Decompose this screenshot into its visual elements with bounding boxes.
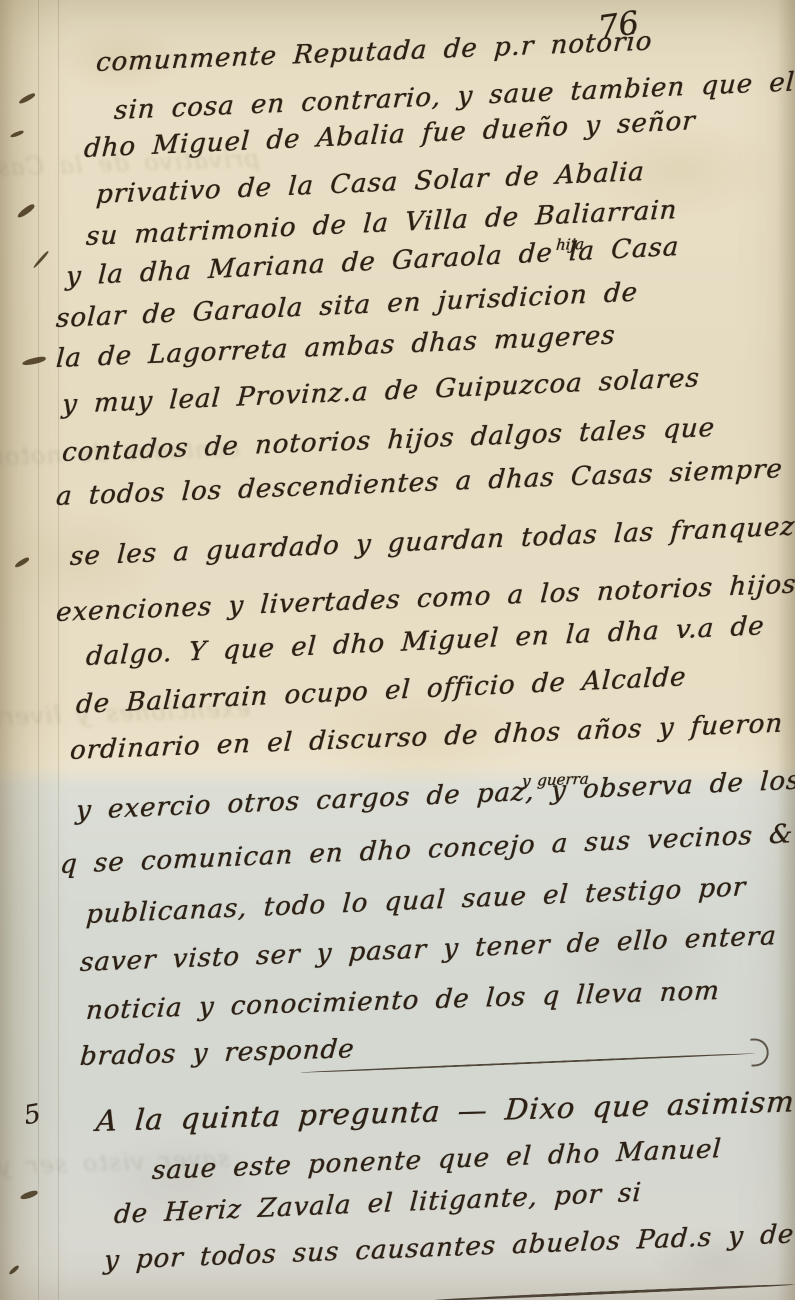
manuscript-line: y exercio otros cargos de paz, y observa…: [75, 766, 795, 826]
ink-speck: [20, 1189, 39, 1200]
manuscript-line: saver visto ser y pasar y tener de ello …: [79, 921, 778, 978]
ink-speck: [22, 356, 47, 367]
manuscript-line: noticia y conocimiento de los q lleva no…: [85, 976, 721, 1026]
ink-speck: [18, 92, 36, 105]
responde-flourish-line: [300, 1052, 755, 1073]
gutter-fold-line: [58, 0, 59, 1300]
manuscript-line: publicanas, todo lo qual saue el testigo…: [85, 872, 747, 930]
manuscript-line: de Heriz Zavala el litigante, por si: [113, 1178, 643, 1230]
manuscript-page: privativo de la Casa Solar de Abalia con…: [0, 0, 795, 1300]
ink-speck: [14, 556, 30, 568]
manuscript-line: A la quinta pregunta — Dixo que asimismo: [95, 1084, 795, 1138]
manuscript-line: ordinario en el discurso de dhos años y …: [69, 709, 784, 766]
manuscript-line: q se comunican en dho concejo a sus veci…: [59, 819, 794, 880]
manuscript-line: comunmente Reputada de p.r notorio: [95, 27, 653, 78]
ink-speck: [33, 250, 50, 268]
manuscript-line: brados y responde: [79, 1034, 356, 1072]
bottom-flourish-line: [430, 1283, 795, 1300]
ink-speck: [8, 1265, 20, 1276]
manuscript-line: y muy leal Provinz.a de Guipuzcoa solare…: [61, 363, 701, 420]
ink-speck: [10, 130, 25, 139]
manuscript-line: de Baliarrain ocupo el officio de Alcald…: [75, 662, 687, 720]
manuscript-line: se les a guardado y guardan todas las fr…: [69, 510, 795, 572]
ink-speck: [16, 203, 36, 219]
margin-paragraph-number: 5: [22, 1099, 44, 1131]
